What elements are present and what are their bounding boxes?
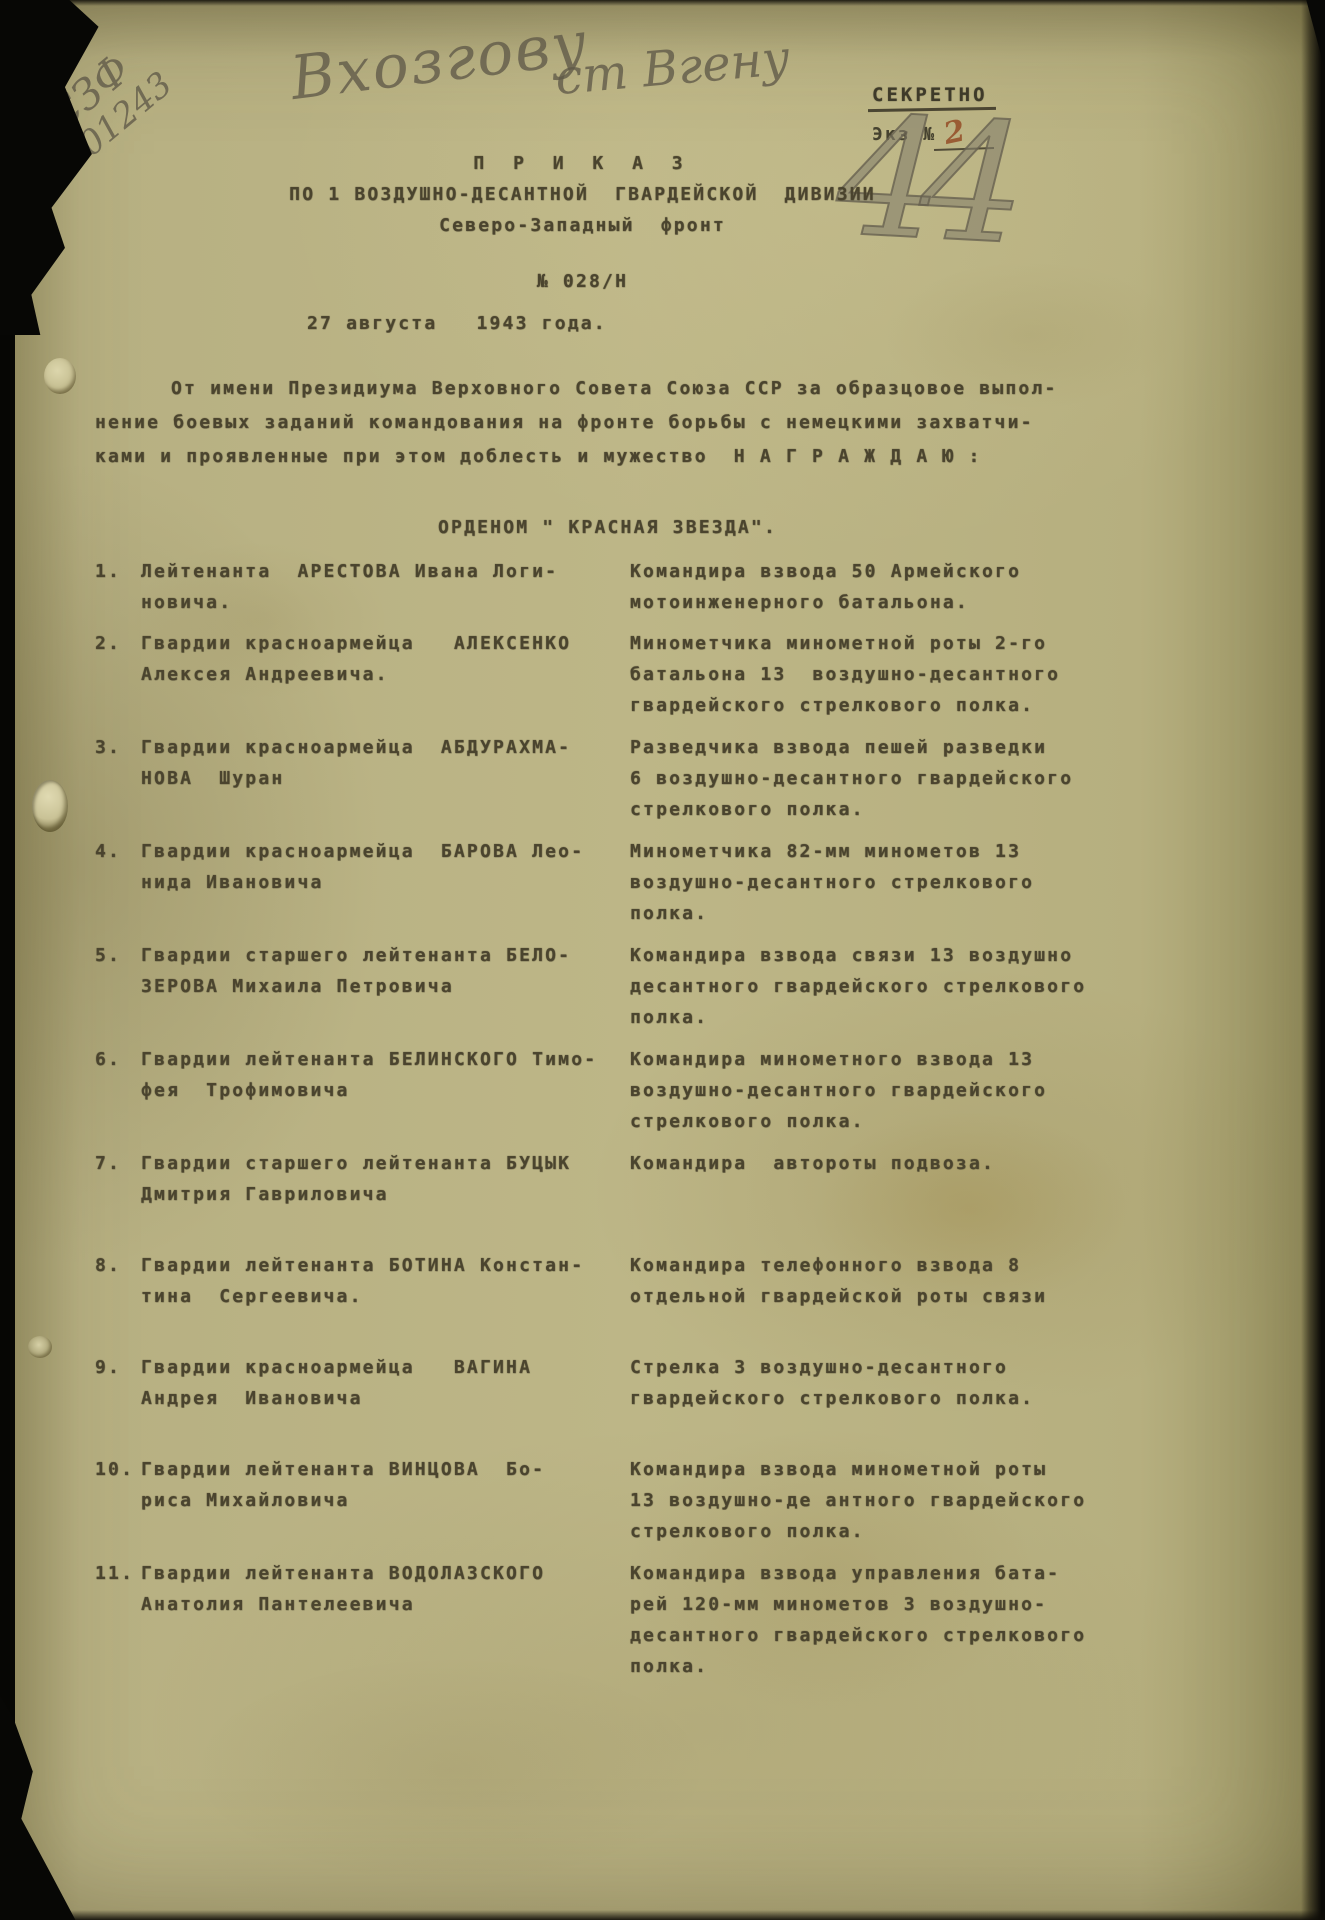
preamble-line: От имени Президиума Верховного Совета Со… — [95, 372, 1080, 406]
position-line: стрелкового полка. — [630, 794, 1105, 825]
recipient-name-line: НОВА Шуран — [141, 763, 630, 794]
entry-number: 9. — [95, 1352, 141, 1383]
award-entry: 4.Гвардии красноармейца БАРОВА Лео-нида … — [95, 836, 1105, 929]
entry-recipient-name: Гвардии лейтенанта БОТИНА Констан-тина С… — [141, 1250, 630, 1312]
entry-number: 10. — [95, 1454, 141, 1485]
entry-position: Командира взвода минометной роты13 возду… — [630, 1454, 1105, 1547]
scan-edge-bottom — [0, 1910, 1325, 1920]
entry-recipient-name: Гвардии красноармейца АЛЕКСЕНКОАлексея А… — [141, 628, 630, 690]
position-line: Командира телефонного взвода 8 — [630, 1250, 1105, 1281]
award-heading: ОРДЕНОМ " КРАСНАЯ ЗВЕЗДА". — [95, 512, 1070, 543]
award-entry: 7.Гвардии старшего лейтенанта БУЦЫКДмитр… — [95, 1148, 1105, 1210]
scan-edge-right — [1301, 0, 1325, 1920]
entry-number: 5. — [95, 940, 141, 971]
award-entries: 1.Лейтенанта АРЕСТОВА Ивана Логи-новича.… — [95, 556, 1105, 1693]
order-header: П Р И К А З ПО 1 ВОЗДУШНО-ДЕСАНТНОЙ ГВАР… — [95, 148, 1070, 339]
entry-position: Минометчика минометной роты 2-гобатальон… — [630, 628, 1105, 721]
position-line: десантного гвардейского стрелкового — [630, 1620, 1105, 1651]
entry-number: 6. — [95, 1044, 141, 1075]
position-line: Разведчика взвода пешей разведки — [630, 732, 1105, 763]
position-line: стрелкового полка. — [630, 1106, 1105, 1137]
position-line: стрелкового полка. — [630, 1516, 1105, 1547]
position-line: отдельной гвардейской роты связи — [630, 1281, 1105, 1312]
entry-position: Командира автороты подвоза. — [630, 1148, 1105, 1179]
award-entry: 6.Гвардии лейтенанта БЕЛИНСКОГО Тимо-фея… — [95, 1044, 1105, 1137]
entry-recipient-name: Гвардии лейтенанта БЕЛИНСКОГО Тимо-фея Т… — [141, 1044, 630, 1106]
position-line: Минометчика минометной роты 2-го — [630, 628, 1105, 659]
position-line: 6 воздушно-десантного гвардейского — [630, 763, 1105, 794]
recipient-name-line: Гвардии старшего лейтенанта БЕЛО- — [141, 940, 630, 971]
recipient-name-line: риса Михайловича — [141, 1485, 630, 1516]
entry-recipient-name: Гвардии старшего лейтенанта БЕЛО-ЗЕРОВА … — [141, 940, 630, 1002]
paper-damage-hole — [32, 780, 68, 832]
position-line: мотоинженерного батальона. — [630, 587, 1105, 618]
position-line: 13 воздушно-де антного гвардейского — [630, 1485, 1105, 1516]
entry-number: 7. — [95, 1148, 141, 1179]
recipient-name-line: Алексея Андреевича. — [141, 659, 630, 690]
award-entry: 10.Гвардии лейтенанта ВИНЦОВА Бо-риса Ми… — [95, 1454, 1105, 1547]
order-preamble: От имени Президиума Верховного Совета Со… — [95, 372, 1080, 474]
recipient-name-line: Гвардии красноармейца АЛЕКСЕНКО — [141, 628, 630, 659]
paper-stain — [200, 1660, 700, 1880]
award-entry: 8.Гвардии лейтенанта БОТИНА Констан-тина… — [95, 1250, 1105, 1312]
recipient-name-line: новича. — [141, 587, 630, 618]
paper-damage-hole — [44, 358, 76, 394]
award-entry: 1.Лейтенанта АРЕСТОВА Ивана Логи-новича.… — [95, 556, 1105, 618]
position-line: Командира автороты подвоза. — [630, 1148, 1105, 1179]
entry-recipient-name: Лейтенанта АРЕСТОВА Ивана Логи-новича. — [141, 556, 630, 618]
recipient-name-line: Гвардии красноармейца БАРОВА Лео- — [141, 836, 630, 867]
recipient-name-line: нида Ивановича — [141, 867, 630, 898]
recipient-name-line: Гвардии лейтенанта БОТИНА Констан- — [141, 1250, 630, 1281]
entry-recipient-name: Гвардии лейтенанта ВОДОЛАЗСКОГОАнатолия … — [141, 1558, 630, 1620]
order-unit: ПО 1 ВОЗДУШНО-ДЕСАНТНОЙ ГВАРДЕЙСКОЙ ДИВИ… — [95, 179, 1070, 210]
position-line: полка. — [630, 1002, 1105, 1033]
recipient-name-line: Анатолия Пантелеевича — [141, 1589, 630, 1620]
entry-number: 2. — [95, 628, 141, 659]
entry-number: 11. — [95, 1558, 141, 1589]
entry-number: 3. — [95, 732, 141, 763]
order-number: № 028/Н — [95, 266, 1070, 297]
recipient-name-line: Андрея Ивановича — [141, 1383, 630, 1414]
recipient-name-line: Дмитрия Гавриловича — [141, 1179, 630, 1210]
position-line: полка. — [630, 898, 1105, 929]
recipient-name-line: ЗЕРОВА Михаила Петровича — [141, 971, 630, 1002]
recipient-name-line: Гвардии лейтенанта ВИНЦОВА Бо- — [141, 1454, 630, 1485]
position-line: Командира взвода связи 13 воздушно — [630, 940, 1105, 971]
position-line: Командира взвода 50 Армейского — [630, 556, 1105, 587]
entry-position: Разведчика взвода пешей разведки6 воздуш… — [630, 732, 1105, 825]
award-entry: 11.Гвардии лейтенанта ВОДОЛАЗСКОГОАнатол… — [95, 1558, 1105, 1682]
position-line: полка. — [630, 1651, 1105, 1682]
entry-number: 1. — [95, 556, 141, 587]
position-line: воздушно-десантного стрелкового — [630, 867, 1105, 898]
position-line: десантного гвардейского стрелкового — [630, 971, 1105, 1002]
entry-position: Командира минометного взвода 13воздушно-… — [630, 1044, 1105, 1137]
entry-recipient-name: Гвардии красноармейца АБДУРАХМА-НОВА Шур… — [141, 732, 630, 794]
recipient-name-line: Гвардии красноармейца АБДУРАХМА- — [141, 732, 630, 763]
paper-sheet: СЕКРЕТНО Экз №2 Вхозгову ст Вгену СЗФ 30… — [0, 0, 1325, 1920]
preamble-line: ками и проявленные при этом доблесть и м… — [95, 440, 1080, 474]
position-line: воздушно-десантного гвардейского — [630, 1075, 1105, 1106]
position-line: Стрелка 3 воздушно-десантного — [630, 1352, 1105, 1383]
award-entry: 2.Гвардии красноармейца АЛЕКСЕНКОАлексея… — [95, 628, 1105, 721]
entry-recipient-name: Гвардии красноармейца ВАГИНААндрея Ивано… — [141, 1352, 630, 1414]
recipient-name-line: Гвардии старшего лейтенанта БУЦЫК — [141, 1148, 630, 1179]
handwritten-note-left: Вхозгову — [287, 8, 592, 114]
recipient-name-line: Гвардии красноармейца ВАГИНА — [141, 1352, 630, 1383]
recipient-name-line: Лейтенанта АРЕСТОВА Ивана Логи- — [141, 556, 630, 587]
entry-position: Командира взвода связи 13 воздушнодесант… — [630, 940, 1105, 1033]
paper-damage-hole — [28, 1336, 52, 1358]
document-screenshot: { "colors": { "paper": "#bdb687", "ink":… — [0, 0, 1325, 1920]
entry-position: Минометчика 82-мм минометов 13воздушно-д… — [630, 836, 1105, 929]
order-date: 27 августа 1943 года. — [95, 308, 1070, 339]
entry-recipient-name: Гвардии старшего лейтенанта БУЦЫКДмитрия… — [141, 1148, 630, 1210]
entry-recipient-name: Гвардии красноармейца БАРОВА Лео-нида Ив… — [141, 836, 630, 898]
recipient-name-line: фея Трофимовича — [141, 1075, 630, 1106]
position-line: батальона 13 воздушно-десантного — [630, 659, 1105, 690]
order-front: Северо-Западный фронт — [95, 210, 1070, 241]
position-line: гвардейского стрелкового полка. — [630, 1383, 1105, 1414]
recipient-name-line: тина Сергеевича. — [141, 1281, 630, 1312]
position-line: Командира минометного взвода 13 — [630, 1044, 1105, 1075]
entry-position: Командира взвода управления бата-рей 120… — [630, 1558, 1105, 1682]
entry-number: 8. — [95, 1250, 141, 1281]
award-entry: 5.Гвардии старшего лейтенанта БЕЛО-ЗЕРОВ… — [95, 940, 1105, 1033]
entry-recipient-name: Гвардии лейтенанта ВИНЦОВА Бо-риса Михай… — [141, 1454, 630, 1516]
position-line: Минометчика 82-мм минометов 13 — [630, 836, 1105, 867]
award-entry: 9.Гвардии красноармейца ВАГИНААндрея Ива… — [95, 1352, 1105, 1414]
position-line: рей 120-мм минометов 3 воздушно- — [630, 1589, 1105, 1620]
preamble-line: нение боевых заданий командования на фро… — [95, 406, 1080, 440]
scan-edge-top — [0, 0, 1325, 6]
position-line: Командира взвода управления бата- — [630, 1558, 1105, 1589]
position-line: Командира взвода минометной роты — [630, 1454, 1105, 1485]
award-entry: 3.Гвардии красноармейца АБДУРАХМА-НОВА Ш… — [95, 732, 1105, 825]
entry-position: Командира телефонного взвода 8отдельной … — [630, 1250, 1105, 1312]
entry-position: Командира взвода 50 Армейскогомотоинжене… — [630, 556, 1105, 618]
document-scan: СЕКРЕТНО Экз №2 Вхозгову ст Вгену СЗФ 30… — [0, 0, 1325, 1920]
position-line: гвардейского стрелкового полка. — [630, 690, 1105, 721]
order-title: П Р И К А З — [95, 148, 1070, 179]
entry-number: 4. — [95, 836, 141, 867]
recipient-name-line: Гвардии лейтенанта БЕЛИНСКОГО Тимо- — [141, 1044, 630, 1075]
recipient-name-line: Гвардии лейтенанта ВОДОЛАЗСКОГО — [141, 1558, 630, 1589]
handwritten-note-right: ст Вгену — [553, 30, 792, 106]
entry-position: Стрелка 3 воздушно-десантногогвардейског… — [630, 1352, 1105, 1414]
